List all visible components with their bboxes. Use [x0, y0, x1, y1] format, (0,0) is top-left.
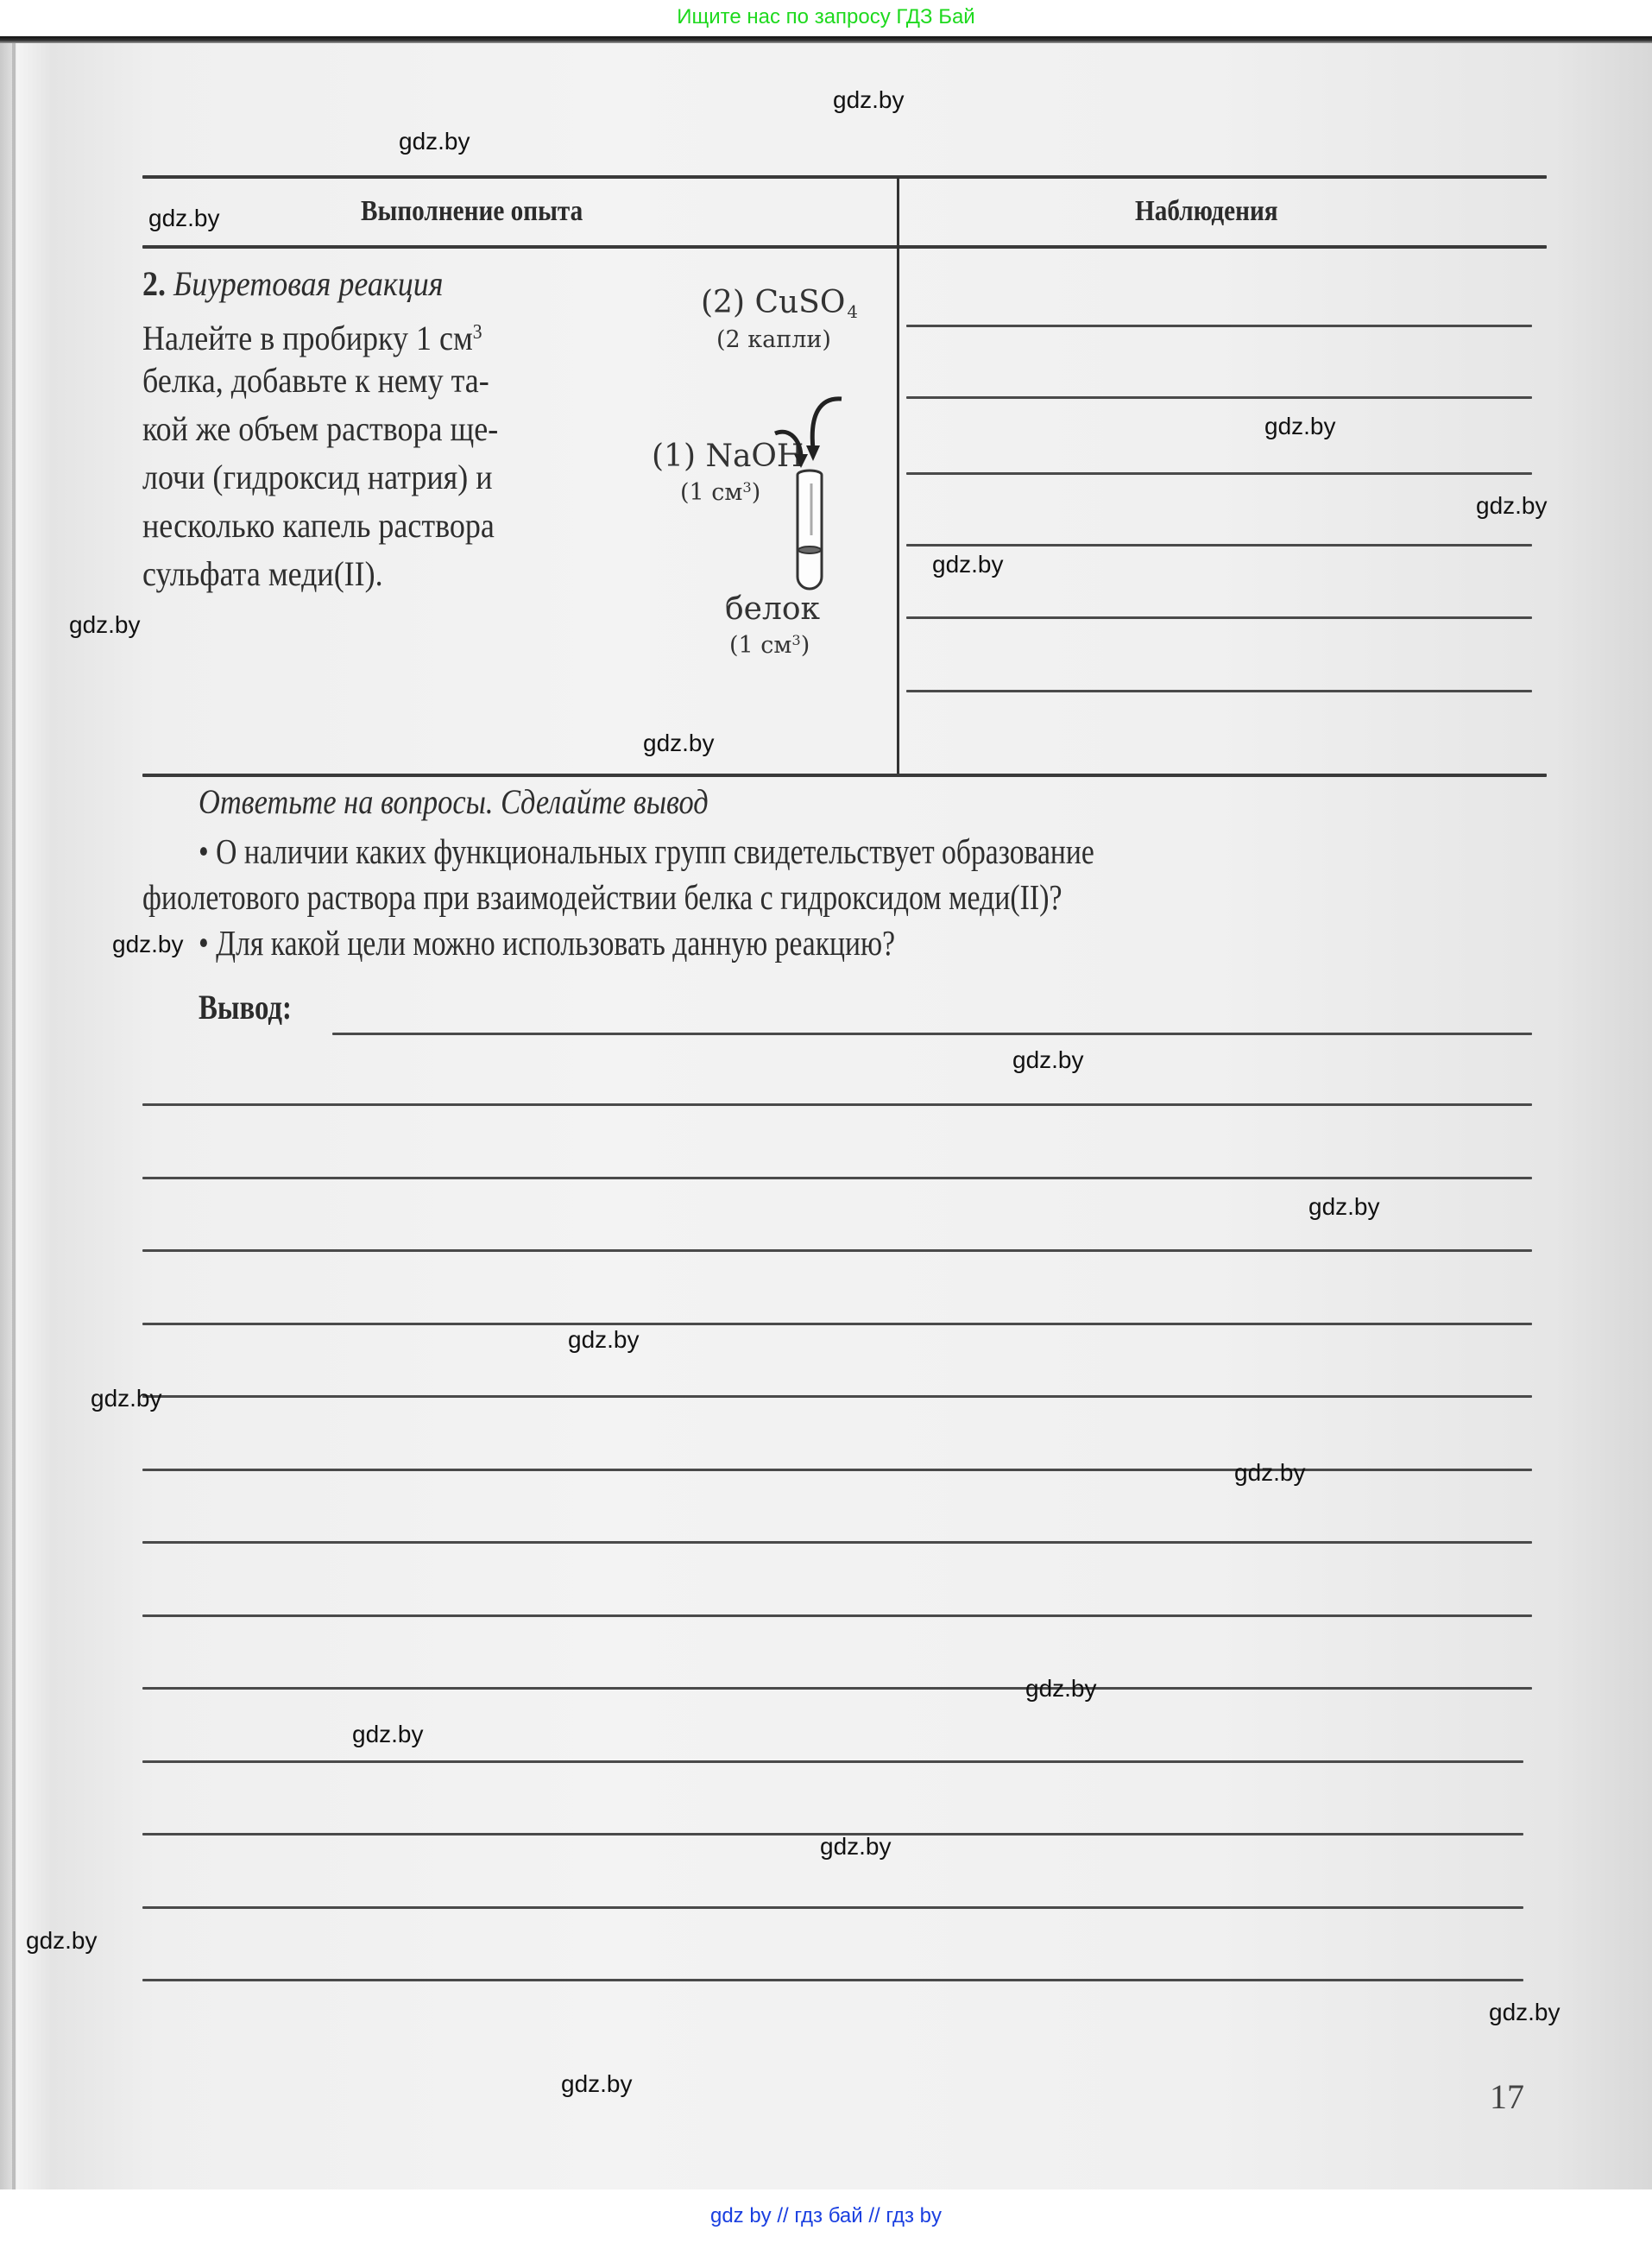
banner-text: Ищите нас по запросу ГДЗ Бай — [677, 5, 974, 28]
watermark: gdz.by — [69, 611, 141, 639]
experiment-title: 2. Биуретовая реакция — [142, 259, 443, 309]
instruction-line-6: сульфата меди(II). — [142, 549, 383, 599]
questions-heading: Ответьте на вопросы. Сделайте вывод — [199, 781, 709, 822]
page-number: 17 — [1490, 2076, 1524, 2117]
observation-line[interactable] — [906, 690, 1532, 692]
question-1-line-1: • О наличии каких функциональных групп с… — [199, 831, 1094, 872]
watermark: gdz.by — [643, 730, 715, 757]
instruction-line-5: несколько капель раствора — [142, 501, 495, 551]
conclusion-label: Вывод: — [199, 987, 292, 1027]
answer-line[interactable] — [142, 1760, 1523, 1763]
watermark: gdz.by — [1012, 1046, 1084, 1074]
watermark: gdz.by — [399, 128, 470, 155]
footer-banner[interactable]: gdz by // гдз бай // гдз by — [0, 2189, 1652, 2243]
watermark: gdz.by — [112, 931, 184, 958]
watermark: gdz.by — [820, 1833, 892, 1861]
answer-line[interactable] — [142, 1469, 1532, 1471]
experiment-number: 2. — [142, 264, 166, 303]
answer-line[interactable] — [142, 1906, 1523, 1909]
top-banner[interactable]: Ищите нас по запросу ГДЗ Бай — [0, 0, 1652, 36]
answer-line[interactable] — [142, 1103, 1532, 1106]
table-column-divider — [897, 177, 899, 777]
instruction-line-4: лочи (гидроксид натрия) и — [142, 452, 492, 502]
watermark: gdz.by — [932, 551, 1004, 578]
table-top-border — [142, 175, 1547, 179]
observation-line[interactable] — [906, 616, 1532, 619]
column-header-experiment: Выполнение опыта — [361, 195, 583, 228]
observation-line[interactable] — [906, 325, 1532, 327]
table-bottom-border — [142, 774, 1547, 777]
answer-line[interactable] — [142, 1323, 1532, 1325]
answer-line[interactable] — [142, 1541, 1532, 1544]
arrow-cuso4-icon — [806, 399, 842, 461]
conclusion-first-line[interactable] — [332, 1033, 1532, 1035]
footer-text: gdz by // гдз бай // гдз by — [710, 2204, 942, 2227]
answer-line[interactable] — [142, 1249, 1532, 1252]
observation-line[interactable] — [906, 544, 1532, 547]
answer-line[interactable] — [142, 1177, 1532, 1179]
answer-line[interactable] — [142, 1687, 1532, 1690]
arrow-naoh-icon — [775, 432, 808, 468]
table-header-divider — [142, 245, 1547, 249]
page-top-edge — [0, 36, 1652, 43]
instruction-line-2: белка, добавьте к нему та- — [142, 356, 489, 406]
watermark: gdz.by — [352, 1721, 424, 1748]
experiment-name: Биуретовая реакция — [173, 264, 443, 303]
watermark: gdz.by — [561, 2070, 633, 2098]
watermark: gdz.by — [1308, 1193, 1380, 1221]
watermark: gdz.by — [26, 1927, 98, 1955]
instruction-line-3: кой же объем раствора ще- — [142, 404, 498, 454]
watermark: gdz.by — [1476, 492, 1548, 520]
watermark: gdz.by — [833, 86, 905, 114]
column-header-observations: Наблюдения — [1135, 195, 1278, 228]
question-1-line-2: фиолетового раствора при взаимодействии … — [142, 876, 1062, 918]
protein-amount: (1 см3) — [729, 632, 810, 659]
answer-line[interactable] — [142, 1979, 1523, 1981]
watermark: gdz.by — [148, 205, 220, 232]
test-tube-icon — [798, 471, 822, 589]
watermark: gdz.by — [1489, 1999, 1561, 2026]
watermark: gdz.by — [91, 1385, 162, 1412]
question-2: • Для какой цели можно использовать данн… — [199, 922, 895, 964]
watermark: gdz.by — [568, 1326, 640, 1354]
test-tube-diagram — [708, 389, 880, 604]
answer-line[interactable] — [142, 1395, 1532, 1398]
reagent-cuso4-label: (2) CuSO4 — [701, 285, 858, 322]
watermark: gdz.by — [1264, 413, 1336, 440]
observation-line[interactable] — [906, 396, 1532, 399]
watermark: gdz.by — [1025, 1675, 1097, 1703]
reagent-cuso4-amount: (2 капли) — [716, 326, 831, 353]
answer-line[interactable] — [142, 1614, 1532, 1617]
page-fold-shadow — [12, 43, 16, 2189]
observation-line[interactable] — [906, 472, 1532, 475]
watermark: gdz.by — [1234, 1459, 1306, 1487]
